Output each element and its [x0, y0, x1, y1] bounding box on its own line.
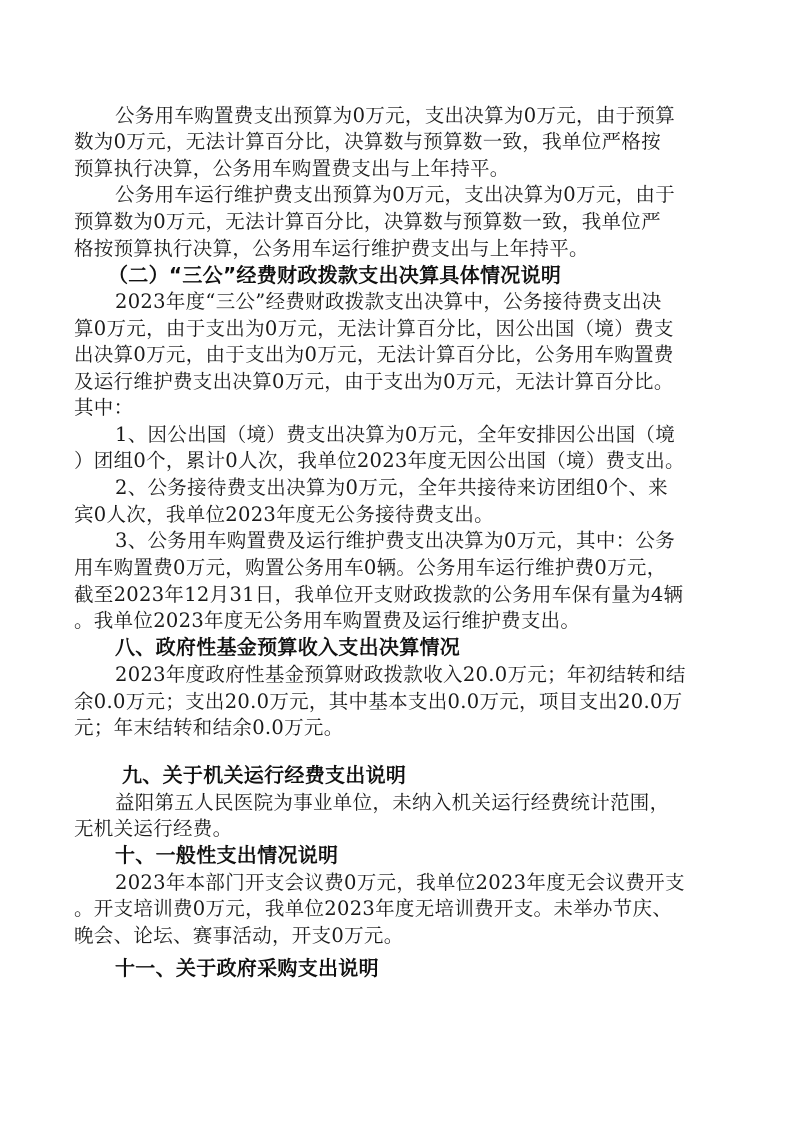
paragraph-line: 格按预算执行决算，公务用车运行维护费支出与上年持平。	[74, 235, 714, 262]
document-page: 公务用车购置费支出预算为0万元，支出决算为0万元，由于预算 数为0万元，无法计算…	[0, 0, 793, 1122]
paragraph-line: 出决算0万元，由于支出为0万元，无法计算百分比，公务用车购置费	[74, 341, 714, 368]
paragraph-line: 。开支培训费0万元，我单位2023年度无培训费开支。未举办节庆、	[74, 895, 714, 922]
paragraph-line: 2023年度“三公”经费财政拨款支出决算中，公务接待费支出决	[115, 288, 755, 315]
section-heading: （二）“三公”经费财政拨款支出决算具体情况说明	[108, 262, 748, 289]
list-item-line: 宾0人次，我单位2023年度无公务接待费支出。	[74, 501, 714, 528]
paragraph-line: 益阳第五人民医院为事业单位，未纳入机关运行经费统计范围，	[115, 789, 755, 816]
list-item-line: 3、公务用车购置费及运行维护费支出决算为0万元，其中：公务	[115, 527, 755, 554]
paragraph-line: 余0.0万元；支出20.0万元，其中基本支出0.0万元，项目支出20.0万	[74, 688, 714, 715]
section-heading: 十一、关于政府采购支出说明	[115, 955, 755, 982]
paragraph-line: 2023年度政府性基金预算财政拨款收入20.0万元；年初结转和结	[115, 661, 755, 688]
paragraph-line: 算0万元，由于支出为0万元，无法计算百分比，因公出国（境）费支	[74, 315, 714, 342]
paragraph-line: 公务用车购置费支出预算为0万元，支出决算为0万元，由于预算	[115, 102, 755, 129]
paragraph-line: 预算执行决算，公务用车购置费支出与上年持平。	[74, 155, 714, 182]
paragraph-line: 其中：	[74, 394, 714, 421]
paragraph-line: 无机关运行经费。	[74, 815, 714, 842]
paragraph-line: 公务用车运行维护费支出预算为0万元，支出决算为0万元，由于	[115, 181, 755, 208]
paragraph-line: 晚会、论坛、赛事活动，开支0万元。	[74, 922, 714, 949]
section-heading: 九、关于机关运行经费支出说明	[122, 762, 762, 789]
paragraph-line: 及运行维护费支出决算0万元，由于支出为0万元，无法计算百分比。	[74, 368, 714, 395]
paragraph-line: 元；年末结转和结余0.0万元。	[74, 714, 714, 741]
paragraph-line: 数为0万元，无法计算百分比，决算数与预算数一致，我单位严格按	[74, 128, 714, 155]
section-heading: 十、一般性支出情况说明	[115, 842, 755, 869]
list-item-line: 1、因公出国（境）费支出决算为0万元，全年安排因公出国（境	[115, 421, 755, 448]
list-item-line: ）团组0个，累计0人次，我单位2023年度无因公出国（境）费支出。	[74, 447, 714, 474]
paragraph-line: 预算数为0万元，无法计算百分比，决算数与预算数一致，我单位严	[74, 208, 714, 235]
list-item-line: 。我单位2023年度无公务用车购置费及运行维护费支出。	[74, 607, 714, 634]
list-item-line: 截至2023年12月31日，我单位开支财政拨款的公务用车保有量为4辆	[74, 581, 714, 608]
list-item-line: 2、公务接待费支出决算为0万元，全年共接待来访团组0个、来	[115, 474, 755, 501]
list-item-line: 用车购置费0万元，购置公务用车0辆。公务用车运行维护费0万元，	[74, 554, 714, 581]
paragraph-line: 2023年本部门开支会议费0万元，我单位2023年度无会议费开支	[115, 869, 755, 896]
section-heading: 八、政府性基金预算收入支出决算情况	[115, 634, 755, 661]
